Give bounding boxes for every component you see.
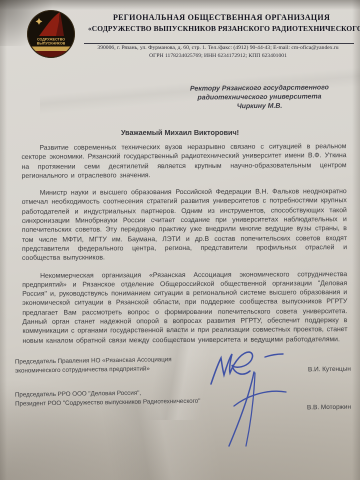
signer-2-title: Председатель РРО ООО "Деловая Россия", П… <box>15 387 220 408</box>
document-photo: СОДРУЖЕСТВО ВЫПУСКНИКОВ РЕГИОНАЛЬНАЯ ОБЩ… <box>0 0 360 480</box>
handwritten-signature-2 <box>220 370 292 450</box>
signer-1-title-line-2: экономического сотрудничества предприяти… <box>15 363 220 375</box>
signer-1-title: Председатель Правления НО «Рязанская Асс… <box>15 354 220 375</box>
signer-2-name: В.В. Моторжин <box>307 404 351 412</box>
signature-section: Председатель Правления НО «Рязанская Асс… <box>0 0 360 480</box>
signer-1-name: В.И. Кутенцын <box>308 366 351 374</box>
signer-2-title-line-2: Президент РОО "Содружество выпускников Р… <box>15 396 220 408</box>
